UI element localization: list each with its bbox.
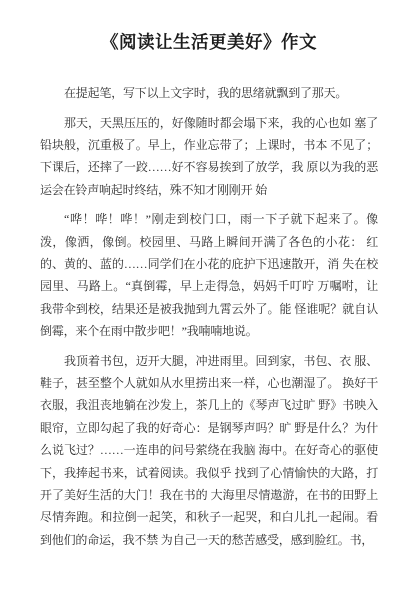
paragraph: “哗！哗！哗！”刚走到校门口，雨一下子就下起来了。像泼，像洒，像倒。校园里、马路… [40, 208, 378, 342]
paragraph: 那天，天黑压压的，好像随时都会塌下来，我的心也如 塞了铅块般，沉重极了。早上，作… [40, 112, 378, 202]
paragraph: 我顶着书包，迈开大腿，冲进雨里。回到家，书包、衣 服、鞋子，甚至整个人就如从水里… [40, 350, 378, 552]
document-body: 在提起笔，写下以上文字时，我的思绪就飘到了那天。那天，天黑压压的，好像随时都会塌… [40, 82, 378, 551]
document-page: 《阅读让生活更美好》作文 在提起笔，写下以上文字时，我的思绪就飘到了那天。那天，… [0, 0, 416, 600]
document-title: 《阅读让生活更美好》作文 [40, 32, 378, 52]
paragraph: 在提起笔，写下以上文字时，我的思绪就飘到了那天。 [40, 82, 378, 104]
